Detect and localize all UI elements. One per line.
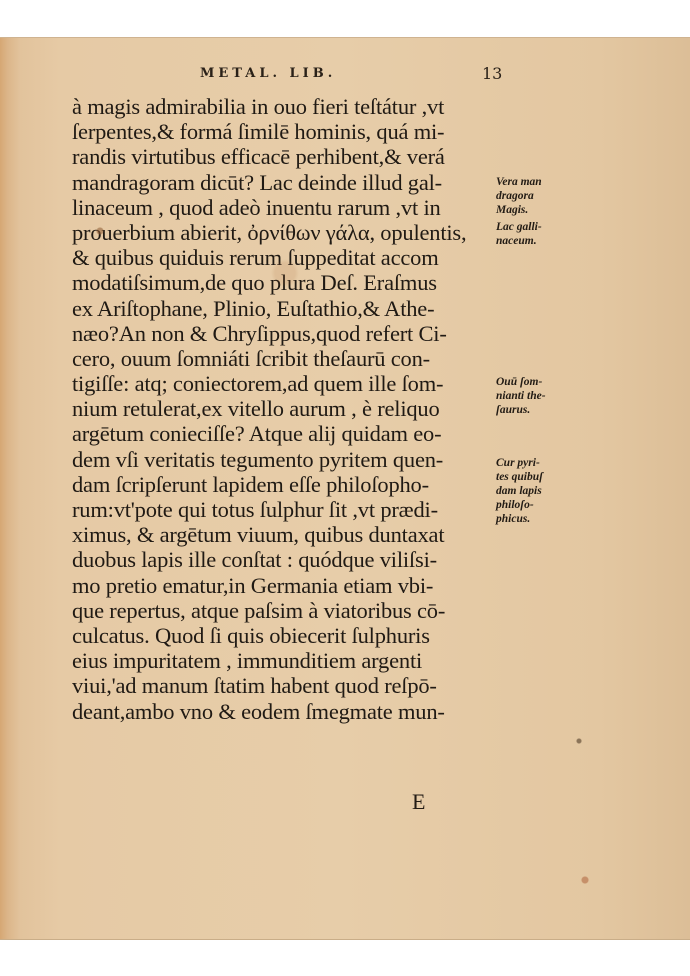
text-line: cero, ouum ſomniáti ſcribit theſaurū con… bbox=[72, 346, 502, 371]
margin-note-cur-pyrites: Cur pyri- tes quibuſ dam lapis philoſo- … bbox=[496, 456, 586, 526]
book-page: METAL. LIB. 13 à magis admirabilia in ou… bbox=[0, 37, 690, 940]
body-text: à magis admirabilia in ouo fieri teſtátu… bbox=[72, 94, 502, 724]
margin-note-line: nianti the- bbox=[496, 389, 586, 403]
text-line: mo pretio ematur,in Germania etiam vbi- bbox=[72, 573, 502, 598]
margin-note-line: tes quibuſ bbox=[496, 470, 586, 484]
text-line: culcatus. Quod ſi quis obiecerit ſulphur… bbox=[72, 623, 502, 648]
text-line: rum:vt'pote qui totus ſulphur ſit ,vt pr… bbox=[72, 497, 502, 522]
text-line: dem vſi veritatis tegumento pyritem quen… bbox=[72, 447, 502, 472]
signature-mark: E bbox=[412, 789, 425, 815]
text-line: tigiſſe: atq; coniectorem,ad quem ille ſ… bbox=[72, 371, 502, 396]
margin-note-vera-mandragora: Vera man dragora Magis. bbox=[496, 175, 586, 217]
text-line: viui,'ad manum ſtatim habent quod reſpō- bbox=[72, 673, 502, 698]
text-line: linaceum , quod adeò inuentu rarum ,vt i… bbox=[72, 195, 502, 220]
text-line: randis virtutibus efficacē perhibent,& v… bbox=[72, 144, 502, 169]
text-line: eius impuritatem , immunditiem argenti bbox=[72, 648, 502, 673]
margin-note-line: phicus. bbox=[496, 512, 586, 526]
text-line: ex Ariſtophane, Plinio, Euſtathio,& Athe… bbox=[72, 296, 502, 321]
text-line: à magis admirabilia in ouo fieri teſtátu… bbox=[72, 94, 502, 119]
margin-note-line: Magis. bbox=[496, 203, 586, 217]
margin-note-line: dam lapis bbox=[496, 484, 586, 498]
margin-note-line: ſaurus. bbox=[496, 403, 586, 417]
margin-note-line: Cur pyri- bbox=[496, 456, 586, 470]
margin-note-lac-gallinaceum: Lac galli- naceum. bbox=[496, 220, 586, 248]
margin-note-ouum-somnianti: Ouū ſom- nianti the- ſaurus. bbox=[496, 375, 586, 417]
page-number: 13 bbox=[482, 64, 502, 83]
margin-note-line: Ouū ſom- bbox=[496, 375, 586, 389]
text-line: ſerpentes,& formá ſimilē hominis, quá mi… bbox=[72, 119, 502, 144]
text-line: prouerbium abierit, ὀρνίθων γάλα, opulen… bbox=[72, 220, 502, 245]
text-line: & quibus quiduis rerum ſuppeditat accom bbox=[72, 245, 502, 270]
text-line: argētum conieciſſe? Atque alij quidam eo… bbox=[72, 421, 502, 446]
text-line: nium retulerat,ex vitello aurum , è reli… bbox=[72, 396, 502, 421]
text-line: duobus lapis ille conſtat : quódque vili… bbox=[72, 547, 502, 572]
margin-note-line: Vera man bbox=[496, 175, 586, 189]
margin-note-line: philoſo- bbox=[496, 498, 586, 512]
text-line: mandragoram dicūt? Lac deinde illud gal- bbox=[72, 170, 502, 195]
running-head: METAL. LIB. bbox=[200, 66, 336, 81]
margin-note-line: dragora bbox=[496, 189, 586, 203]
text-line: modatiſsimum,de quo plura Deſ. Eraſmus bbox=[72, 270, 502, 295]
text-line: ximus, & argētum viuum, quibus duntaxat bbox=[72, 522, 502, 547]
margin-note-line: Lac galli- bbox=[496, 220, 586, 234]
text-line: næo?An non & Chryſippus,quod refert Ci- bbox=[72, 321, 502, 346]
margin-note-line: naceum. bbox=[496, 234, 586, 248]
text-line: deant,ambo vno & eodem ſmegmate mun- bbox=[72, 699, 502, 724]
page-header: METAL. LIB. 13 bbox=[200, 66, 500, 86]
text-line: dam ſcripſerunt lapidem eſſe philoſopho- bbox=[72, 472, 502, 497]
text-line: que repertus, atque paſsim à viatoribus … bbox=[72, 598, 502, 623]
